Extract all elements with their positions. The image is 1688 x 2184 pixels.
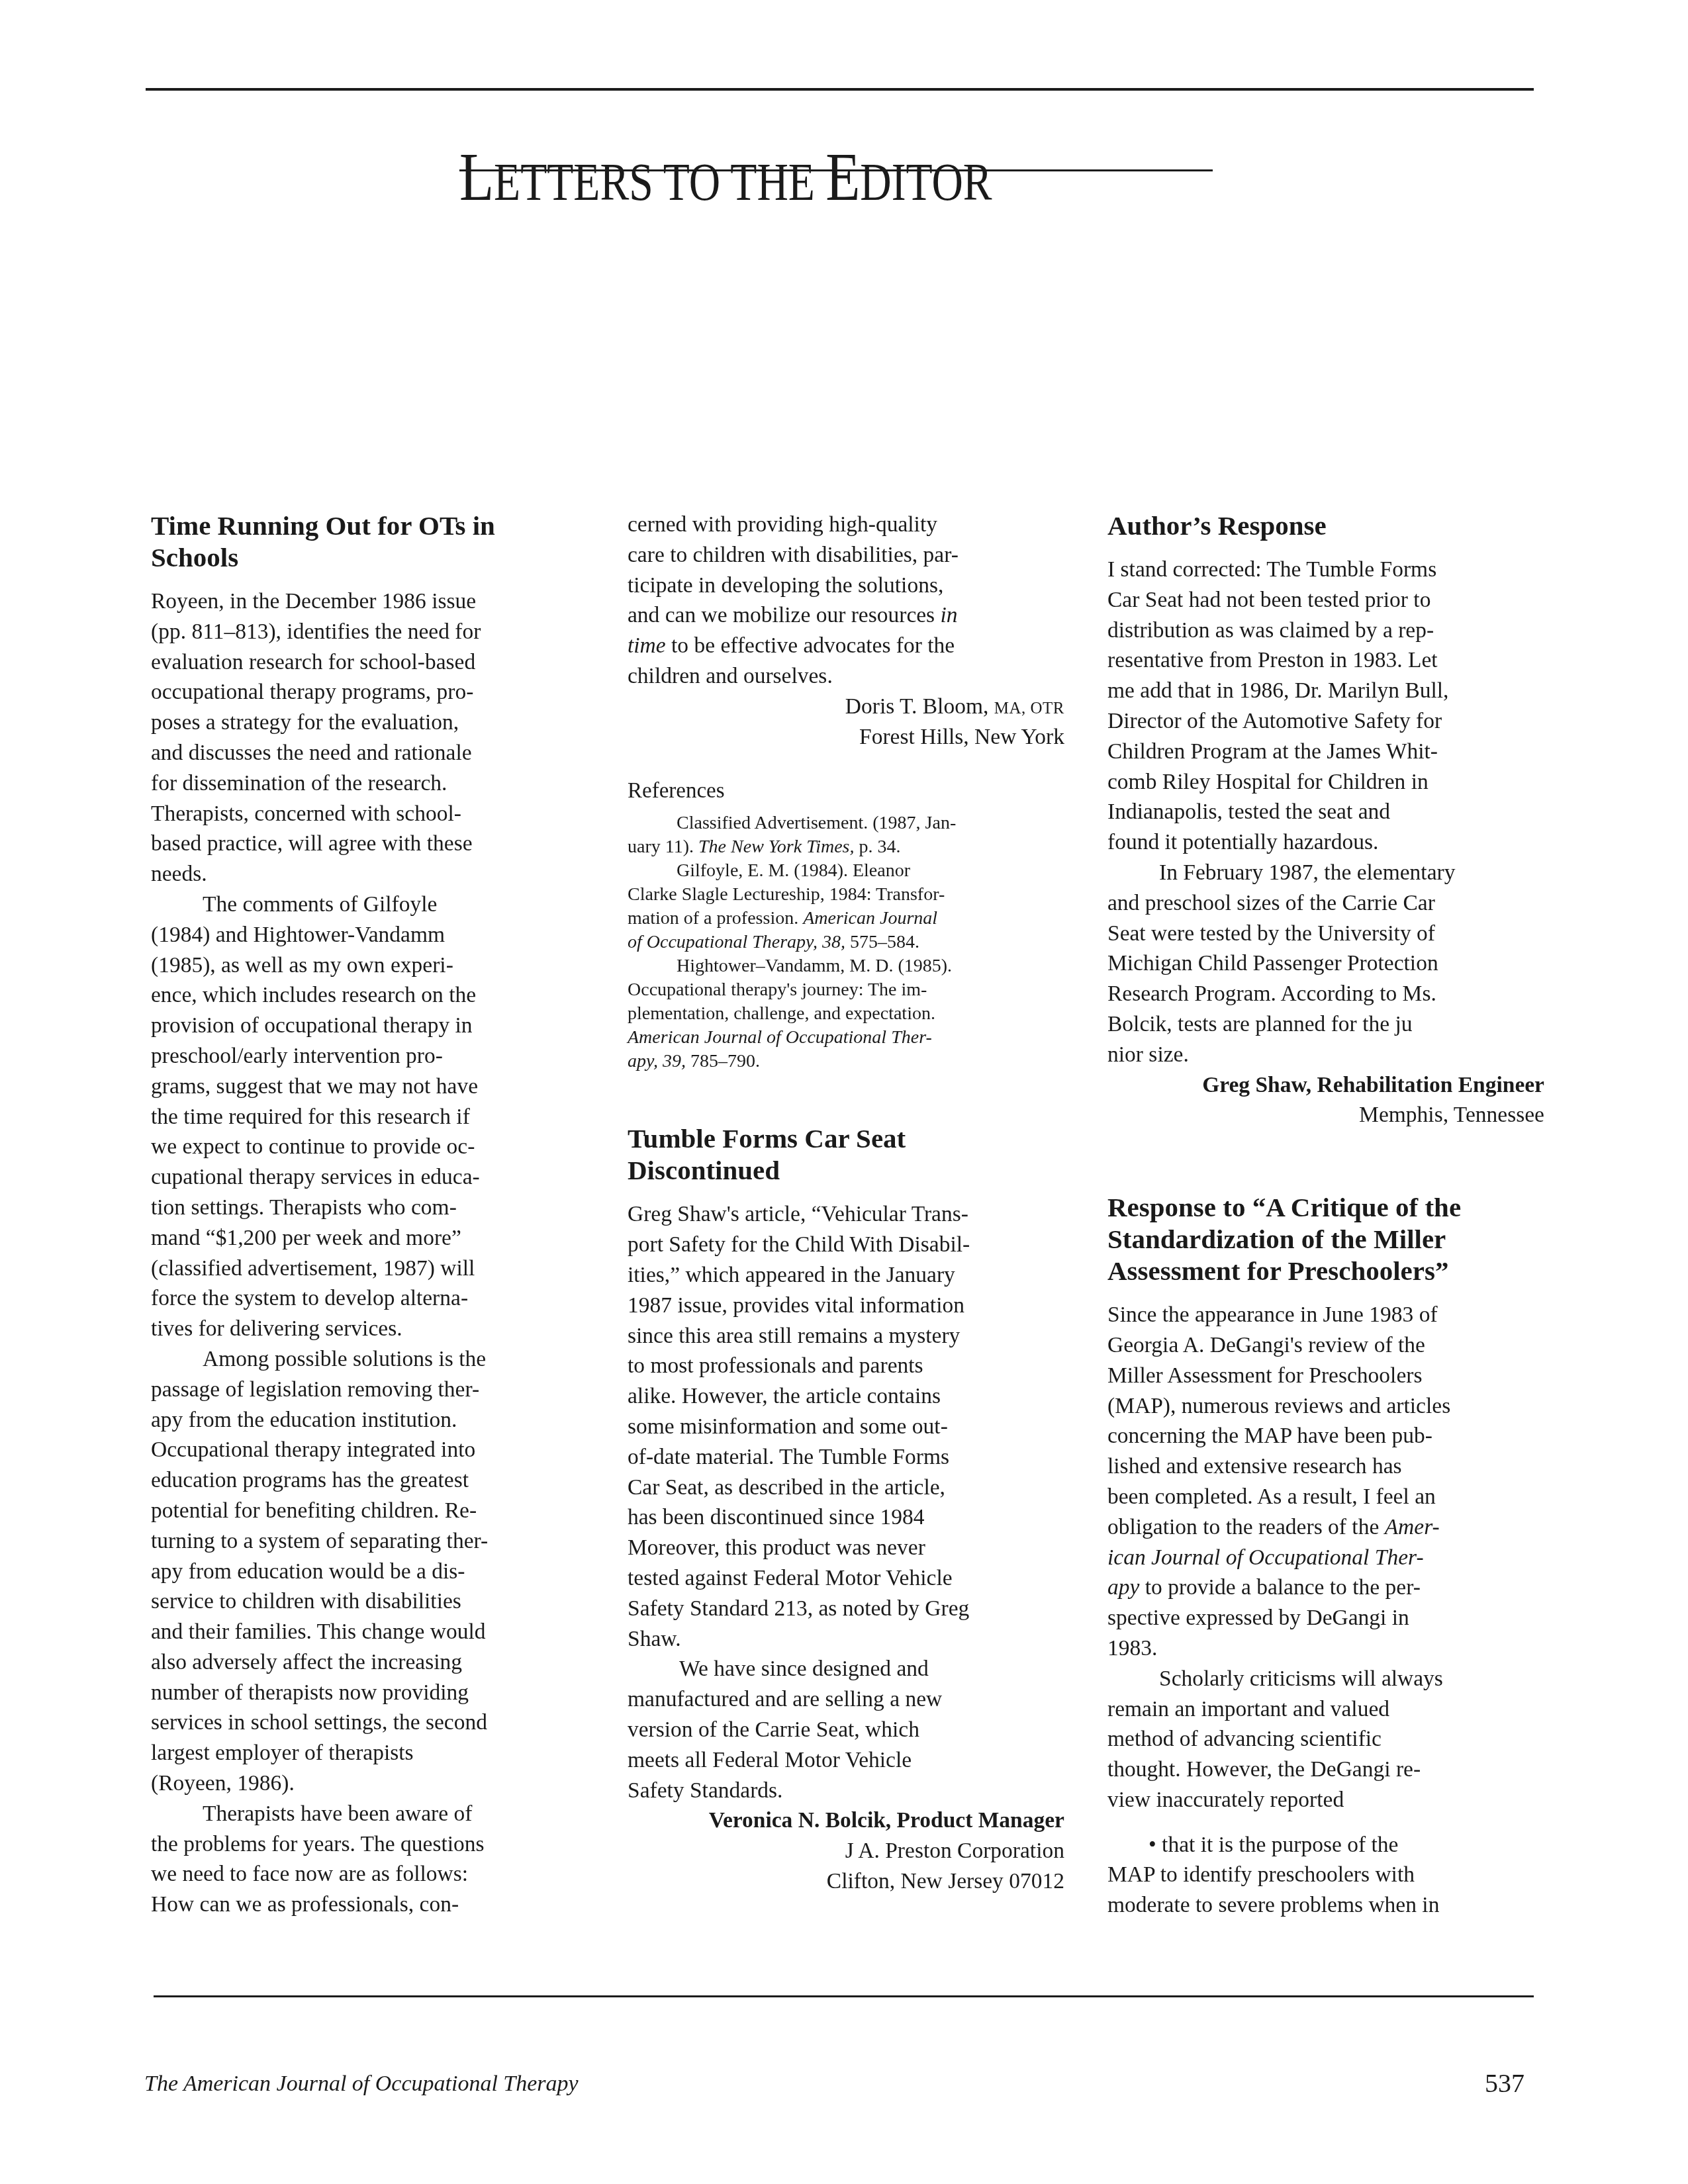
text-line: Children Program at the James Whit-	[1107, 737, 1544, 767]
letter-body: Greg Shaw's article, “Vehicular Trans-po…	[628, 1199, 1064, 1805]
text-line: (pp. 811–813), identifies the need for	[151, 617, 588, 647]
text-line: Car Seat had not been tested prior to	[1107, 585, 1544, 615]
text-line: nior size.	[1107, 1040, 1544, 1070]
signature-location: Forest Hills, New York	[628, 722, 1064, 752]
text-line: education programs has the greatest	[151, 1465, 588, 1496]
text-line: Royeen, in the December 1986 issue	[151, 586, 588, 617]
reference-item: Hightower–Vandamm, M. D. (1985).	[628, 954, 1064, 978]
text-line: lished and extensive research has	[1107, 1451, 1544, 1482]
text-line: passage of legislation removing ther-	[151, 1375, 588, 1405]
text-line: and discusses the need and rationale	[151, 738, 588, 768]
letter-authors-response: Author’s Response I stand corrected: The…	[1107, 510, 1544, 1130]
text-line: 1983.	[1107, 1633, 1544, 1664]
text-line: distribution as was claimed by a rep-	[1107, 615, 1544, 646]
text-line: view inaccurately reported	[1107, 1785, 1544, 1815]
text-line: method of advancing scientific	[1107, 1724, 1544, 1754]
text-line: Bolcik, tests are planned for the ju	[1107, 1009, 1544, 1040]
reference-item: Gilfoyle, E. M. (1984). Eleanor	[628, 859, 1064, 883]
signature-name: Doris T. Bloom, MA, OTR	[628, 692, 1064, 722]
signature-organization: J A. Preston Corporation	[628, 1836, 1064, 1866]
text-line: needs.	[151, 859, 588, 889]
letter-miller-response: Response to “A Critique of the Standardi…	[1107, 1191, 1544, 1921]
text-line: service to children with disabilities	[151, 1586, 588, 1617]
text-line: ities,” which appeared in the January	[628, 1260, 1064, 1291]
text-line: and their families. This change would	[151, 1617, 588, 1647]
text-line: (1985), as well as my own experi-	[151, 950, 588, 981]
text-line: alike. However, the article contains	[628, 1381, 1064, 1412]
text-line: number of therapists now providing	[151, 1678, 588, 1708]
letter-body: Since the appearance in June 1983 ofGeor…	[1107, 1300, 1544, 1512]
signature-location: Memphis, Tennessee	[1107, 1100, 1544, 1130]
text-line: port Safety for the Child With Disabil-	[628, 1230, 1064, 1260]
text-line: grams, suggest that we may not have	[151, 1071, 588, 1102]
text-line: I stand corrected: The Tumble Forms	[1107, 555, 1544, 585]
text-line: the problems for years. The questions	[151, 1829, 588, 1860]
letter-time-running-out: Time Running Out for OTs in Schools Roye…	[151, 510, 588, 1920]
bullet-icon: •	[1149, 1833, 1156, 1857]
text-line: We have since designed and	[628, 1654, 1064, 1684]
text-line: Indianapolis, tested the seat and	[1107, 797, 1544, 827]
emphasis-time: time	[628, 633, 666, 658]
text-line: and preschool sizes of the Carrie Car	[1107, 888, 1544, 919]
text-line: Research Program. According to Ms.	[1107, 979, 1544, 1009]
text-line: Scholarly criticisms will always	[1107, 1664, 1544, 1694]
text-line: manufactured and are selling a new	[628, 1684, 1064, 1715]
signature-location: Clifton, New Jersey 07012	[628, 1866, 1064, 1897]
text-line: version of the Carrie Seat, which	[628, 1715, 1064, 1745]
text-line: In February 1987, the elementary	[1107, 858, 1544, 888]
text-line: Greg Shaw's article, “Vehicular Trans-	[628, 1199, 1064, 1230]
signature-name: Veronica N. Bolcik, Product Manager	[628, 1805, 1064, 1836]
text-line: apy from education would be a dis-	[151, 1557, 588, 1587]
text-line: (1984) and Hightower-Vandamm	[151, 920, 588, 950]
letter-heading: Author’s Response	[1107, 510, 1544, 541]
text-line: resentative from Preston in 1983. Let	[1107, 645, 1544, 676]
text-line: Car Seat, as described in the article,	[628, 1473, 1064, 1503]
text-line: Director of the Automotive Safety for	[1107, 706, 1544, 737]
text-line: cupational therapy services in educa-	[151, 1162, 588, 1193]
text-line: evaluation research for school-based	[151, 647, 588, 678]
text-line: (MAP), numerous reviews and articles	[1107, 1391, 1544, 1422]
letter-heading: Response to “A Critique of the Standardi…	[1107, 1191, 1544, 1287]
text-line: force the system to develop alterna-	[151, 1283, 588, 1314]
text-line: Occupational therapy integrated into	[151, 1435, 588, 1465]
text-line: 1987 issue, provides vital information	[628, 1291, 1064, 1321]
text-line: me add that in 1986, Dr. Marilyn Bull,	[1107, 676, 1544, 706]
text-line: based practice, will agree with these	[151, 829, 588, 859]
text-line: (Royeen, 1986).	[151, 1768, 588, 1799]
letter-heading: Time Running Out for OTs in Schools	[151, 510, 588, 573]
text-line: remain an important and valued	[1107, 1694, 1544, 1725]
text-line: Therapists, concerned with school-	[151, 799, 588, 829]
column-2: cerned with providing high-quality care …	[628, 510, 1064, 1897]
header-top-rule	[146, 88, 1534, 91]
text-line: since this area still remains a mystery	[628, 1321, 1064, 1351]
text-line: Safety Standard 213, as noted by Greg	[628, 1594, 1064, 1624]
letter-tumble-forms: Tumble Forms Car Seat Discontinued Greg …	[628, 1122, 1064, 1896]
letter-body: Royeen, in the December 1986 issue(pp. 8…	[151, 586, 588, 1920]
bullet-item: • that it is the purpose of the MAP to i…	[1107, 1830, 1544, 1921]
emphasis-in: in	[941, 603, 958, 627]
text-line: preschool/early intervention pro-	[151, 1041, 588, 1071]
text-line: Safety Standards.	[628, 1776, 1064, 1806]
text-line: (classified advertisement, 1987) will	[151, 1253, 588, 1284]
text-line: ence, which includes research on the	[151, 980, 588, 1011]
text-line: mand “$1,200 per week and more”	[151, 1223, 588, 1253]
text-line: Moreover, this product was never	[628, 1533, 1064, 1563]
page-number: 537	[1485, 2068, 1524, 2099]
text-line: to most professionals and parents	[628, 1351, 1064, 1381]
footer-journal-title: The American Journal of Occupational The…	[144, 2071, 579, 2097]
text-line: found it potentially hazardous.	[1107, 827, 1544, 858]
text-line: we expect to continue to provide oc-	[151, 1132, 588, 1162]
column-1: Time Running Out for OTs in Schools Roye…	[151, 510, 588, 1920]
text-line: Shaw.	[628, 1624, 1064, 1655]
letter-continuation: cerned with providing high-quality care …	[628, 510, 1064, 1073]
text-line: apy from the education institution.	[151, 1405, 588, 1435]
text-line: thought. However, the DeGangi re-	[1107, 1754, 1544, 1785]
text-line: the time required for this research if	[151, 1102, 588, 1132]
letter-heading: Tumble Forms Car Seat Discontinued	[628, 1122, 1064, 1186]
text-line: we need to face now are as follows:	[151, 1859, 588, 1889]
text-line: Since the appearance in June 1983 of	[1107, 1300, 1544, 1330]
references-heading: References	[628, 776, 1064, 806]
title-underline	[459, 169, 1213, 171]
signature-name: Greg Shaw, Rehabilitation Engineer	[1107, 1070, 1544, 1101]
text-line: Among possible solutions is the	[151, 1344, 588, 1375]
text-line: turning to a system of separating ther-	[151, 1526, 588, 1557]
letter-body: I stand corrected: The Tumble FormsCar S…	[1107, 555, 1544, 1070]
text-line: Seat were tested by the University of	[1107, 919, 1544, 949]
text-line: potential for benefiting children. Re-	[151, 1496, 588, 1526]
text-line: tives for delivering services.	[151, 1314, 588, 1344]
text-line: tion settings. Therapists who com-	[151, 1193, 588, 1223]
text-line: occupational therapy programs, pro-	[151, 677, 588, 707]
text-line: The comments of Gilfoyle	[151, 889, 588, 920]
text-line: poses a strategy for the evaluation,	[151, 707, 588, 738]
column-3: Author’s Response I stand corrected: The…	[1107, 510, 1544, 1921]
footer-rule	[154, 1995, 1534, 1997]
references-list: Classified Advertisement. (1987, Jan- ua…	[628, 811, 1064, 1073]
text-line: for dissemination of the research.	[151, 768, 588, 799]
text-line: How can we as professionals, con-	[151, 1889, 588, 1920]
letter-body-continued: spective expressed by DeGangi in1983.Sch…	[1107, 1603, 1544, 1815]
text-line: Therapists have been aware of	[151, 1799, 588, 1829]
text-line: meets all Federal Motor Vehicle	[628, 1745, 1064, 1776]
text-line: provision of occupational therapy in	[151, 1011, 588, 1041]
text-line: Miller Assessment for Preschoolers	[1107, 1361, 1544, 1391]
text-line: tested against Federal Motor Vehicle	[628, 1563, 1064, 1594]
text-line: spective expressed by DeGangi in	[1107, 1603, 1544, 1633]
text-line: also adversely affect the increasing	[151, 1647, 588, 1678]
text-line: comb Riley Hospital for Children in	[1107, 767, 1544, 797]
text-line: concerning the MAP have been pub-	[1107, 1421, 1544, 1451]
page-title: LETTERS TO THE EDITOR	[459, 139, 1078, 215]
text-line: services in school settings, the second	[151, 1707, 588, 1738]
text-line: Georgia A. DeGangi's review of the	[1107, 1330, 1544, 1361]
text-line: of-date material. The Tumble Forms	[628, 1442, 1064, 1473]
text-line: been completed. As a result, I feel an	[1107, 1482, 1544, 1512]
text-line: largest employer of therapists	[151, 1738, 588, 1768]
text-line: Michigan Child Passenger Protection	[1107, 948, 1544, 979]
reference-item: Classified Advertisement. (1987, Jan-	[628, 811, 1064, 835]
text-line: some misinformation and some out-	[628, 1412, 1064, 1442]
text-line: has been discontinued since 1984	[628, 1502, 1064, 1533]
